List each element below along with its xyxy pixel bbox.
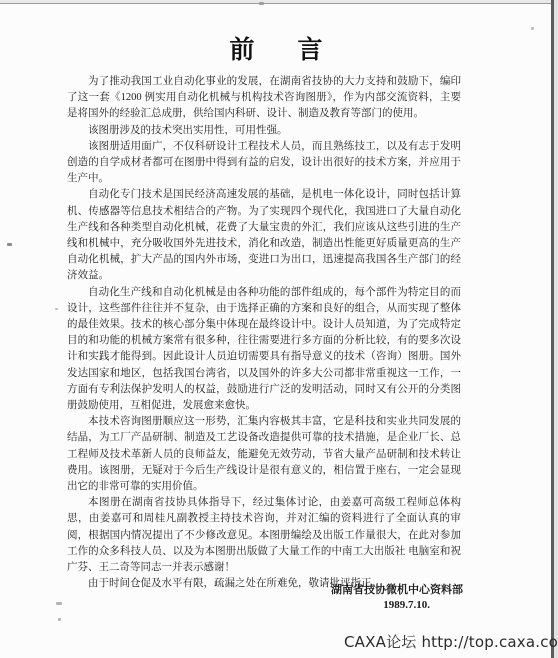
- preface-paragraph-2: 该图册涉及的技术突出实用性，可用性强。: [67, 123, 461, 139]
- preface-paragraph-7: 本图册在湖南省技协具体指导下，经过集体讨论，由姜嘉可高级工程师总体构思，由姜嘉可…: [67, 495, 461, 576]
- scan-right-border-line: [551, 0, 554, 658]
- preface-paragraph-4: 自动化专门技术是国民经济高速发展的基础，是机电一体化设计，同时包括计算机、传感器…: [67, 187, 461, 284]
- scan-speck: [58, 618, 61, 621]
- preface-body: 为了推动我国工业自动化事业的发展，在湖南省技协的大力支持和鼓励下，编印了这一套《…: [67, 74, 461, 593]
- preface-paragraph-1: 为了推动我国工业自动化事业的发展，在湖南省技协的大力支持和鼓励下，编印了这一套《…: [67, 74, 461, 123]
- preface-paragraph-3: 该图册适用面广，不仅科研设计工程技术人员，而且熟练技工，以及有志于发明创造的自学…: [67, 139, 461, 188]
- page-title: 前 言: [0, 30, 552, 66]
- scan-right-edge: [554, 0, 558, 658]
- preface-paragraph-6: 本技术咨询图册顺应这一形势，汇集内容极其丰富，它是科技和实业共同发展的结晶，为工…: [67, 414, 461, 495]
- scan-speck: [259, 2, 264, 5]
- signature-block: 湖南省技协微机中心资料部 1989.7.10.: [0, 583, 463, 613]
- preface-paragraph-5: 自动化生产线和自动化机械是由各种功能的部件组成的，每个部件为特定目的而设计，这些…: [67, 285, 461, 415]
- scan-speck: [55, 308, 58, 310]
- scan-top-edge: [0, 0, 558, 4]
- watermark: CAXA论坛 http://top.caxa.com/: [344, 631, 558, 652]
- date: 1989.7.10.: [0, 598, 463, 613]
- signature: 湖南省技协微机中心资料部: [0, 583, 463, 598]
- scan-speck: [7, 243, 12, 246]
